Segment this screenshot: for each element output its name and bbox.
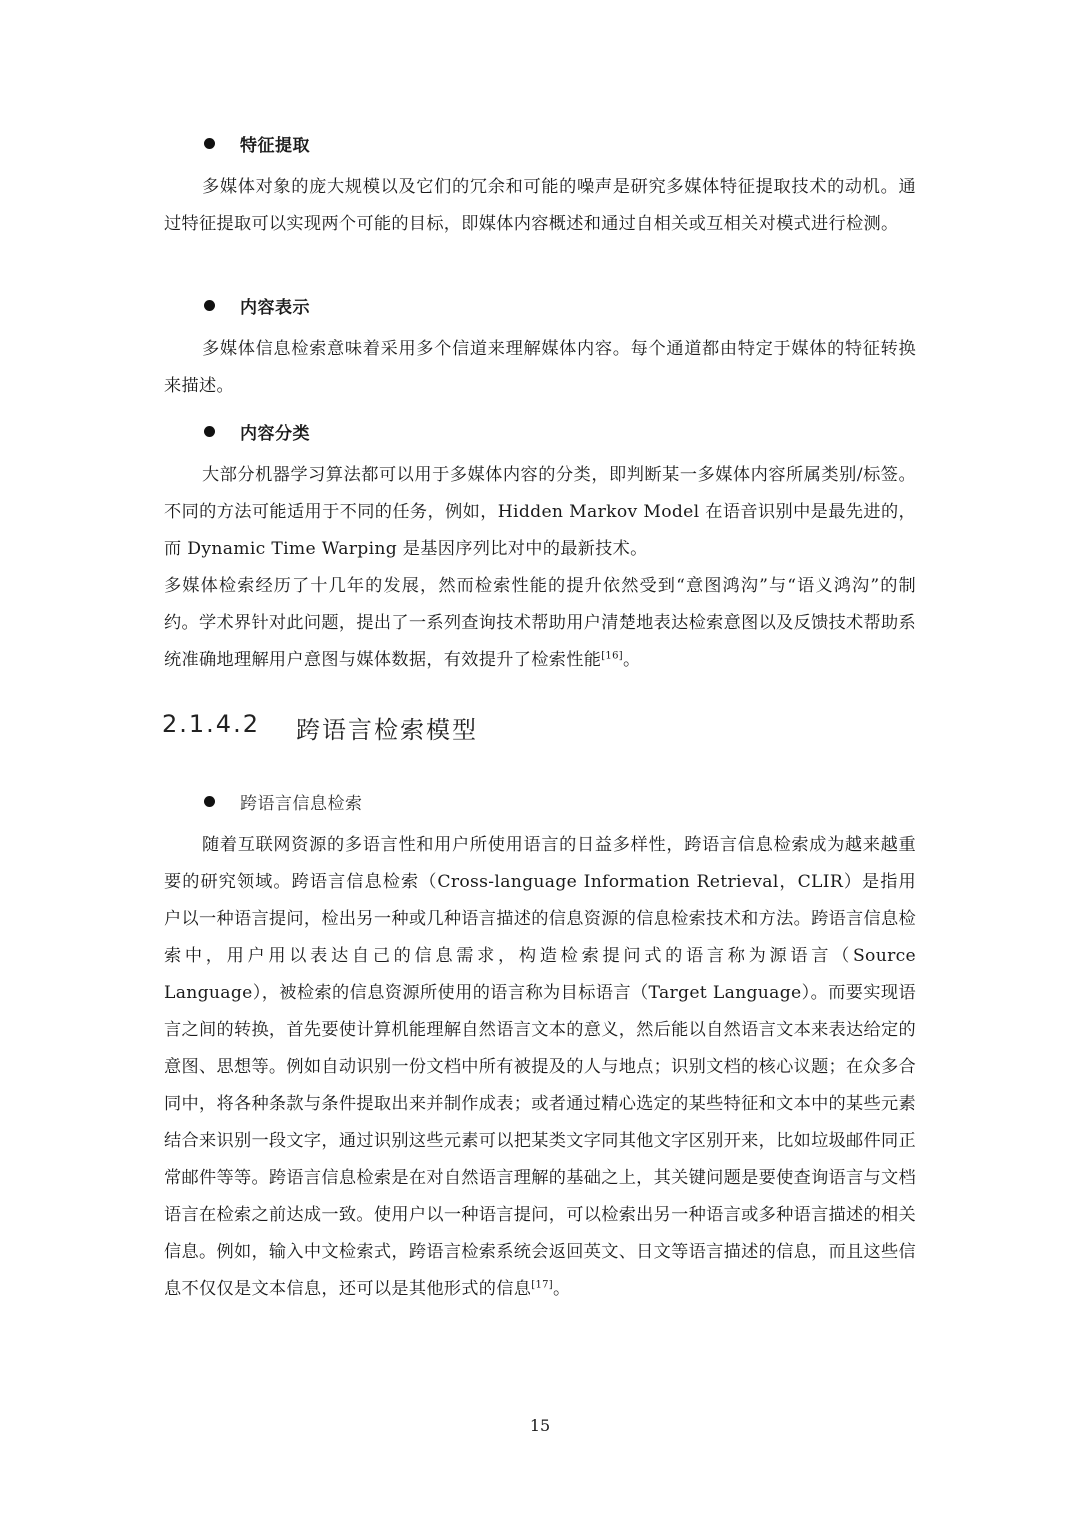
bullet-icon [204, 426, 215, 437]
bullet-heading-clir: 跨语言信息检索 [204, 786, 363, 816]
citation-ref: [16] [601, 650, 623, 661]
paragraph-summary: 多媒体检索经历了十几年的发展，然而检索性能的提升依然受到“意图鸿沟”与“语义鸿沟… [164, 568, 916, 679]
bullet-heading-content-representation: 内容表示 [204, 290, 310, 320]
section-number: 2.1.4.2 [162, 710, 260, 745]
summary-end: 。 [623, 650, 641, 670]
section-heading: 2.1.4.2 跨语言检索模型 [162, 710, 478, 745]
paragraph-content-representation: 多媒体信息检索意味着采用多个信道来理解媒体内容。每个通道都由特定于媒体的特征转换… [164, 331, 916, 405]
bullet-heading-feature-extraction: 特征提取 [204, 128, 310, 158]
paragraph-clir: 随着互联网资源的多语言性和用户所使用语言的日益多样性，跨语言信息检索成为越来越重… [164, 827, 916, 1308]
clir-text: 随着互联网资源的多语言性和用户所使用语言的日益多样性，跨语言信息检索成为越来越重… [164, 835, 916, 1299]
bullet-heading-label: 特征提取 [240, 131, 310, 156]
bullet-heading-label: 内容分类 [240, 419, 310, 444]
clir-end: 。 [553, 1279, 571, 1299]
bullet-icon [204, 138, 215, 149]
summary-text: 多媒体检索经历了十几年的发展，然而检索性能的提升依然受到“意图鸿沟”与“语义鸿沟… [164, 576, 916, 670]
citation-ref: [17] [531, 1279, 553, 1290]
page-number: 15 [0, 1416, 1080, 1435]
document-page: 特征提取 多媒体对象的庞大规模以及它们的冗余和可能的噪声是研究多媒体特征提取技术… [0, 0, 1080, 1528]
paragraph-content-classification: 大部分机器学习算法都可以用于多媒体内容的分类，即判断某一多媒体内容所属类别/标签… [164, 457, 916, 568]
bullet-heading-label: 跨语言信息检索 [240, 789, 363, 814]
bullet-heading-content-classification: 内容分类 [204, 416, 310, 446]
bullet-icon [204, 796, 215, 807]
paragraph-feature-extraction: 多媒体对象的庞大规模以及它们的冗余和可能的噪声是研究多媒体特征提取技术的动机。通… [164, 169, 916, 243]
bullet-icon [204, 300, 215, 311]
bullet-heading-label: 内容表示 [240, 293, 310, 318]
section-title: 跨语言检索模型 [296, 710, 478, 745]
